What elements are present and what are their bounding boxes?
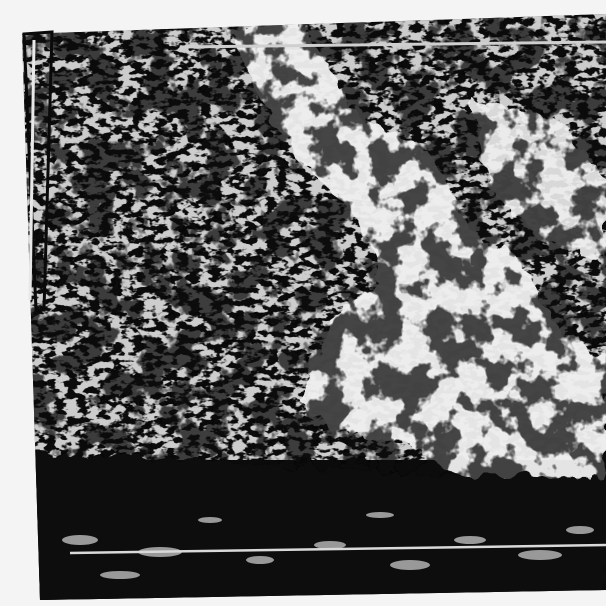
print-area bbox=[0, 0, 606, 606]
abstract-monoprint-image bbox=[0, 0, 606, 606]
